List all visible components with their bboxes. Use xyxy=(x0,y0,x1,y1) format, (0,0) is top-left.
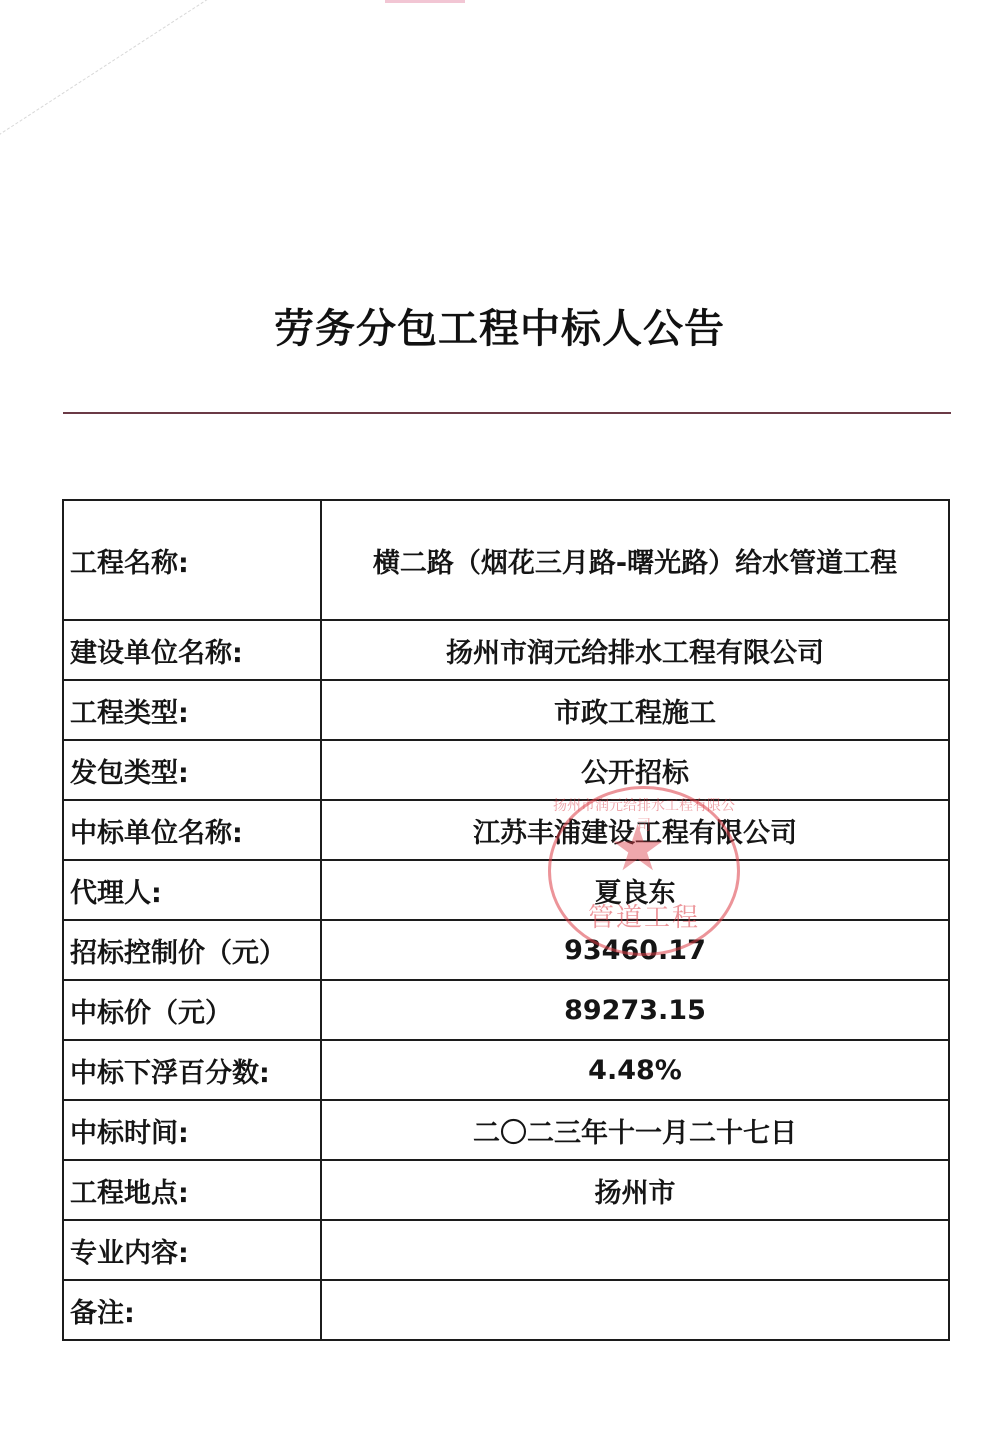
value-discount-rate: 4.48% xyxy=(321,1040,949,1100)
value-winning-price: 89273.15 xyxy=(321,980,949,1040)
title-divider xyxy=(63,412,951,414)
table-row: 代理人: 夏良东 xyxy=(63,860,949,920)
label-award-date: 中标时间: xyxy=(63,1100,321,1160)
value-tender-type: 公开招标 xyxy=(321,740,949,800)
announcement-table: 工程名称: 横二路（烟花三月路-曙光路）给水管道工程 建设单位名称: 扬州市润元… xyxy=(62,499,950,1341)
table-row: 备注: xyxy=(63,1280,949,1340)
label-agent: 代理人: xyxy=(63,860,321,920)
top-edge-mark xyxy=(385,0,465,3)
value-remarks xyxy=(321,1280,949,1340)
value-award-date: 二〇二三年十一月二十七日 xyxy=(321,1100,949,1160)
label-discount-rate: 中标下浮百分数: xyxy=(63,1040,321,1100)
label-location: 工程地点: xyxy=(63,1160,321,1220)
label-winner-name: 中标单位名称: xyxy=(63,800,321,860)
value-project-name: 横二路（烟花三月路-曙光路）给水管道工程 xyxy=(321,500,949,620)
table-row: 招标控制价（元） 93460.17 xyxy=(63,920,949,980)
table-row: 工程名称: 横二路（烟花三月路-曙光路）给水管道工程 xyxy=(63,500,949,620)
value-winner-name: 江苏丰浦建设工程有限公司 xyxy=(321,800,949,860)
value-owner-name: 扬州市润元给排水工程有限公司 xyxy=(321,620,949,680)
label-specialty: 专业内容: xyxy=(63,1220,321,1280)
table-row: 建设单位名称: 扬州市润元给排水工程有限公司 xyxy=(63,620,949,680)
label-remarks: 备注: xyxy=(63,1280,321,1340)
table-row: 中标单位名称: 江苏丰浦建设工程有限公司 xyxy=(63,800,949,860)
paper-fold-line xyxy=(0,0,385,141)
table-row: 中标下浮百分数: 4.48% xyxy=(63,1040,949,1100)
document-title: 劳务分包工程中标人公告 xyxy=(0,297,999,354)
table-row: 工程类型: 市政工程施工 xyxy=(63,680,949,740)
value-project-type: 市政工程施工 xyxy=(321,680,949,740)
label-winning-price: 中标价（元） xyxy=(63,980,321,1040)
value-agent: 夏良东 xyxy=(321,860,949,920)
value-control-price: 93460.17 xyxy=(321,920,949,980)
label-project-name: 工程名称: xyxy=(63,500,321,620)
table-row: 专业内容: xyxy=(63,1220,949,1280)
table-row: 中标价（元） 89273.15 xyxy=(63,980,949,1040)
value-location: 扬州市 xyxy=(321,1160,949,1220)
label-control-price: 招标控制价（元） xyxy=(63,920,321,980)
table-row: 中标时间: 二〇二三年十一月二十七日 xyxy=(63,1100,949,1160)
label-tender-type: 发包类型: xyxy=(63,740,321,800)
label-project-type: 工程类型: xyxy=(63,680,321,740)
table-row: 工程地点: 扬州市 xyxy=(63,1160,949,1220)
value-specialty xyxy=(321,1220,949,1280)
label-owner-name: 建设单位名称: xyxy=(63,620,321,680)
table-row: 发包类型: 公开招标 xyxy=(63,740,949,800)
